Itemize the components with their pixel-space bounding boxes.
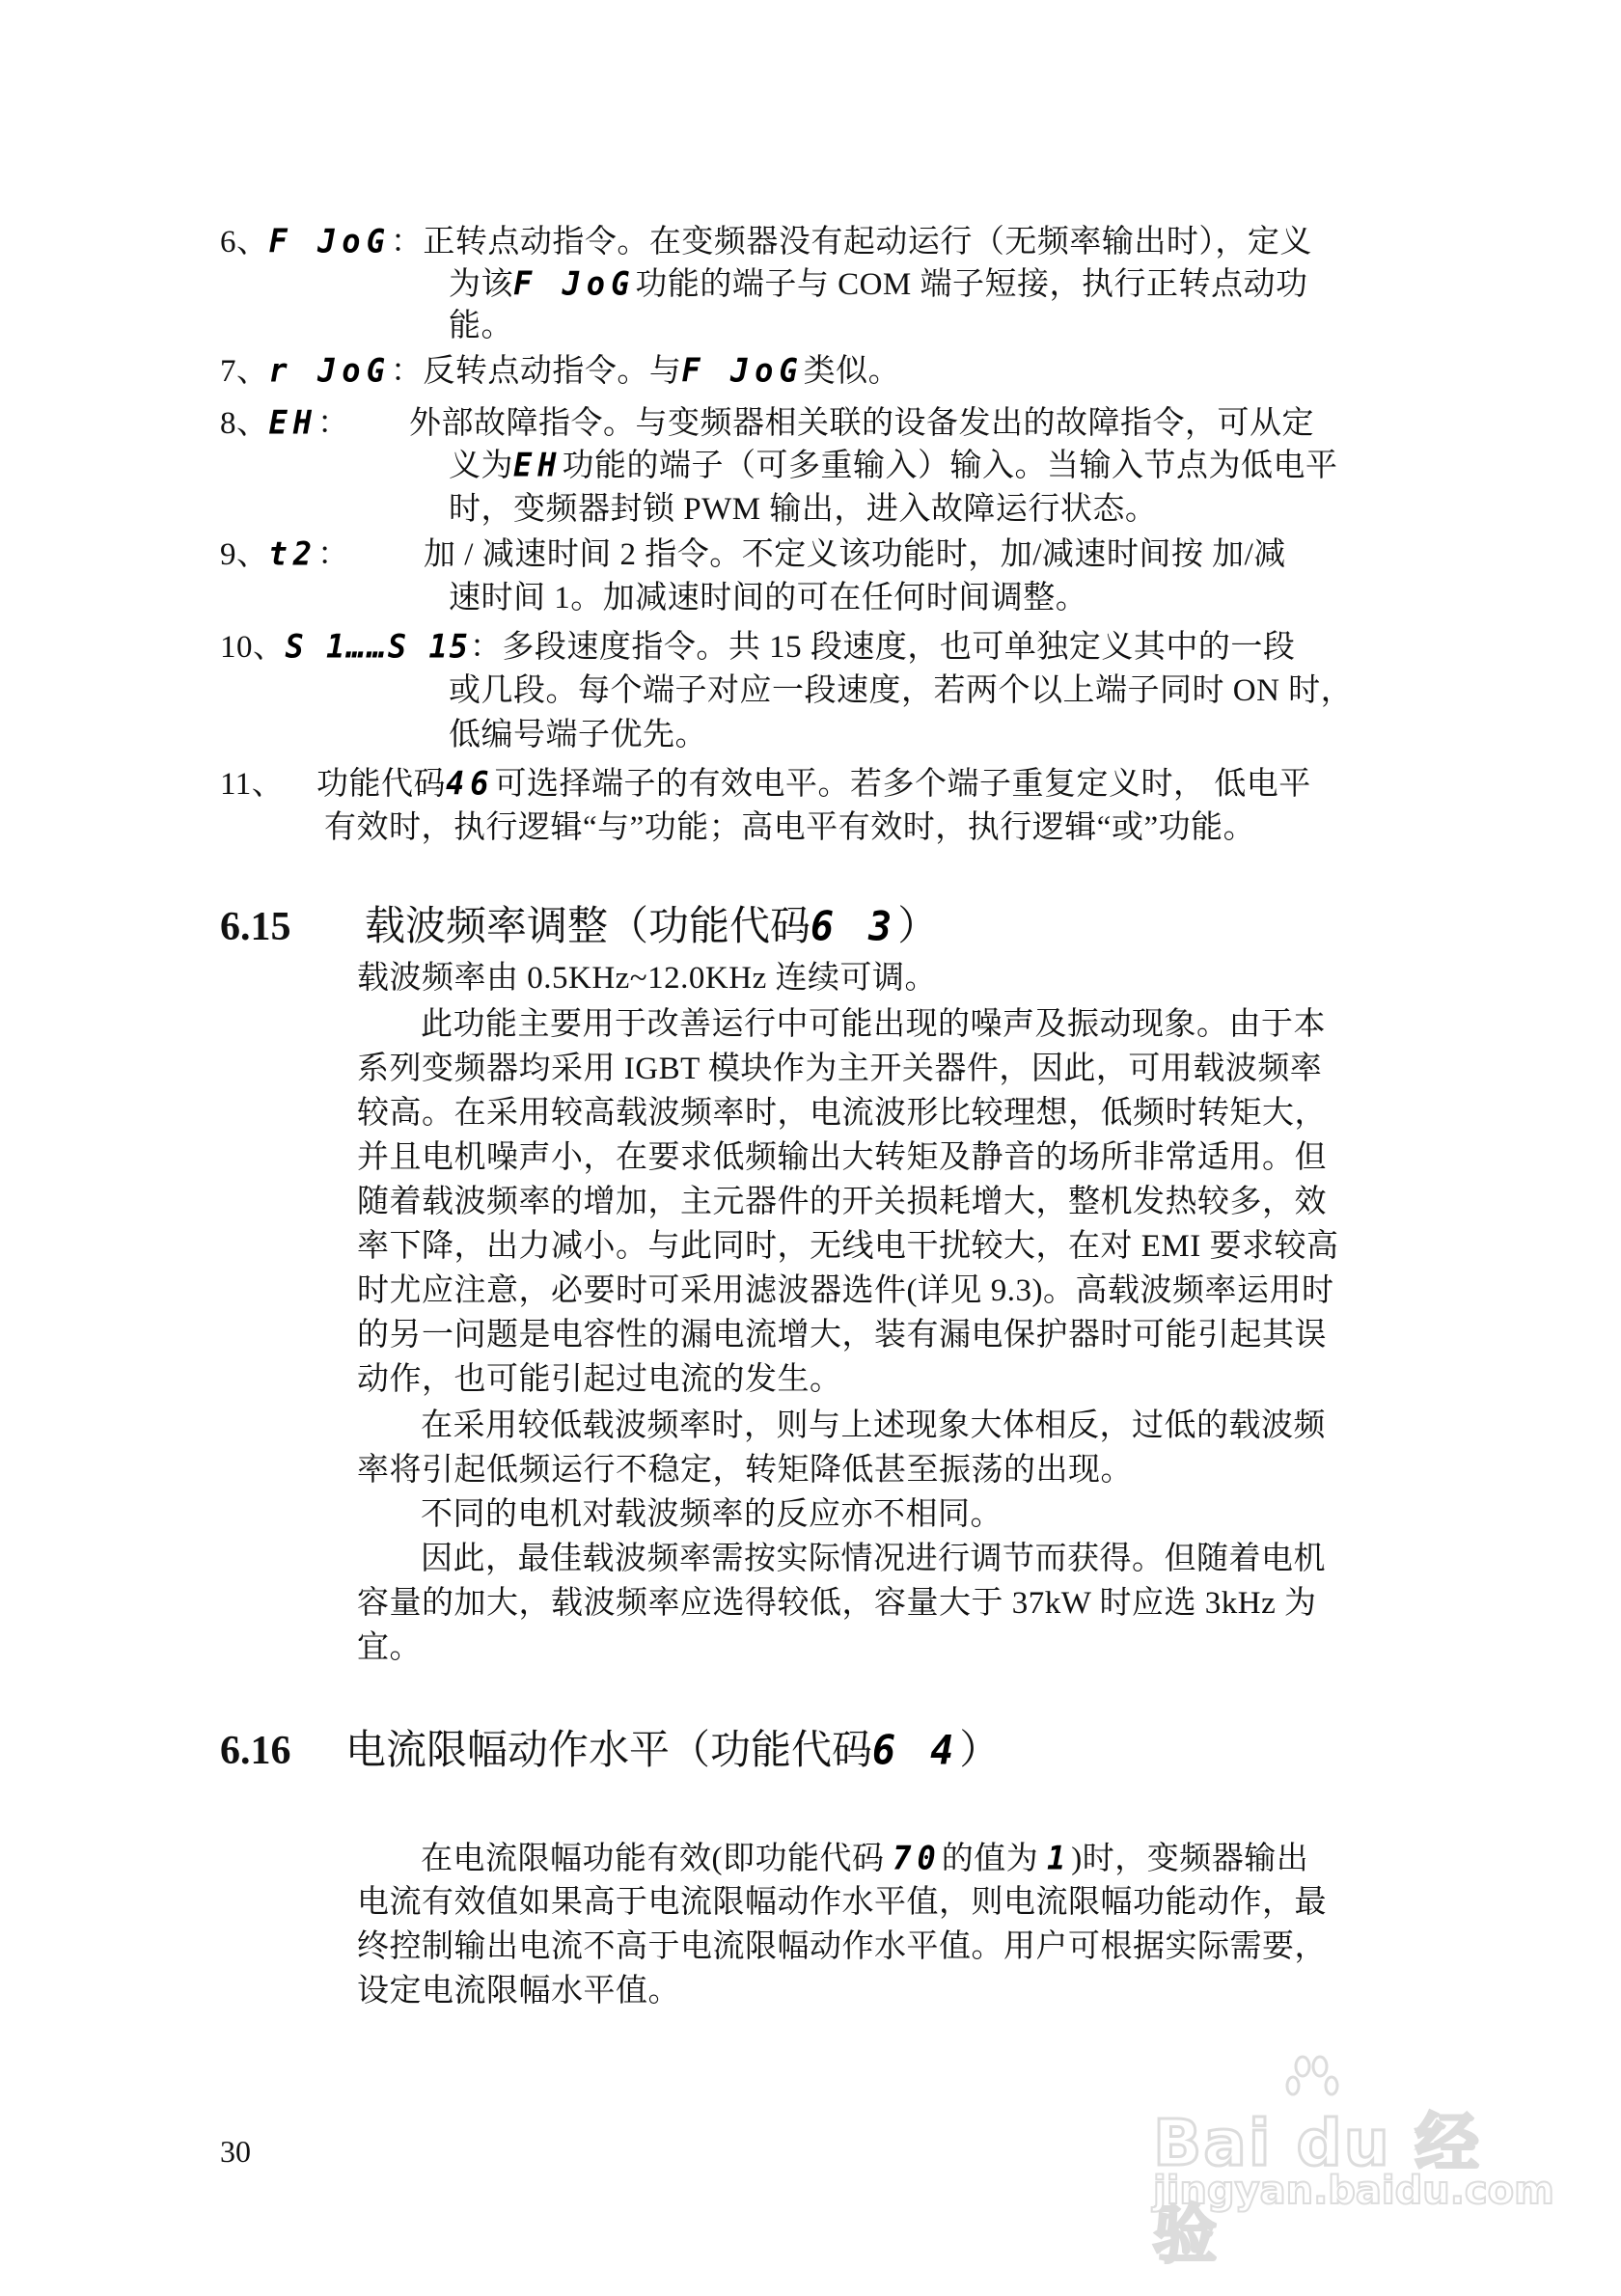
p616-line-3: 终控制输出电流不高于电流限幅动作水平值。用户可根据实际需要， <box>357 1926 1327 1968</box>
p616-line-1: 在电流限幅功能有效(即功能代码 70的值为 1)时，变频器输出 <box>421 1837 1308 1880</box>
item-6-line-3: 能。 <box>449 305 513 347</box>
item-text: 多段速度指令。共 15 段速度，也可单独定义其中的一段 <box>502 630 1295 665</box>
separator: ： <box>317 402 409 445</box>
function-code-display: 70 <box>893 1836 942 1880</box>
paragraph-text: )时，变频器输出 <box>1071 1842 1308 1876</box>
function-code-display: F JoG <box>681 348 803 393</box>
paragraph-text: 设定电流限幅水平值。 <box>357 1974 680 2009</box>
separator: ： <box>391 354 424 389</box>
function-code-display: 6 3 <box>810 900 897 955</box>
paragraph-text: 较高。在采用较高载波频率时，电流波形比较理想，低频时转矩大， <box>357 1096 1327 1131</box>
section-title-end: ） <box>897 905 938 949</box>
paragraph-text: 终控制输出电流不高于电流限幅动作水平值。用户可根据实际需要， <box>357 1929 1327 1964</box>
p1-line-1: 此功能主要用于改善运行中可能出现的噪声及振动现象。由于本 <box>421 1003 1326 1046</box>
p2-line-2: 率将引起低频运行不稳定，转矩降低甚至振荡的出现。 <box>357 1449 1133 1491</box>
item-7-line-1: 7、r JoG：反转点动指令。与F JoG类似。 <box>220 349 900 393</box>
item-text: 正转点动指令。在变频器没有起动运行（无频率输出时），定义 <box>423 225 1312 260</box>
item-text: 能。 <box>449 309 513 343</box>
item-6-line-1: 6、F JoG：正转点动指令。在变频器没有起动运行（无频率输出时），定义 <box>220 220 1312 263</box>
item-text: 为该 <box>449 267 513 302</box>
paragraph-text: 不同的电机对载波频率的反应亦不相同。 <box>421 1497 1003 1532</box>
paragraph-text: 在采用较低载波频率时，则与上述现象大体相反，过低的载波频 <box>421 1408 1326 1443</box>
range-line: 载波频率由 0.5KHz~12.0KHz 连续可调。 <box>357 957 937 999</box>
page-number: 30 <box>220 2134 251 2170</box>
item-8-line-3: 时，变频器封锁 PWM 输出，进入故障运行状态。 <box>449 488 1157 531</box>
section-number: 6.16 <box>220 1725 345 1777</box>
item-text: 或几段。每个端子对应一段速度，若两个以上端子同时 ON 时， <box>449 673 1353 708</box>
p1-line-2: 系列变频器均采用 IGBT 模块作为主开关器件，因此，可用载波频率 <box>357 1048 1322 1090</box>
item-8-line-1: 8、EH ：外部故障指令。与变频器相关联的设备发出的故障指令，可从定 <box>220 401 1314 445</box>
section-title: 电流限幅动作水平（功能代码 <box>345 1729 872 1773</box>
item-text: 速时间 1。加减速时间的可在任何时间调整。 <box>449 581 1087 615</box>
item-number: 7、 <box>220 354 269 389</box>
p1-line-7: 时尤应注意，必要时可采用滤波器选件(详见 9.3)。高载波频率运用时 <box>357 1270 1333 1312</box>
item-text: 时，变频器封锁 PWM 输出，进入故障运行状态。 <box>449 492 1157 527</box>
item-text: 低编号端子优先。 <box>449 718 707 752</box>
item-10-line-3: 低编号端子优先。 <box>449 714 707 756</box>
item-number: 6、 <box>220 225 269 260</box>
p2-line-1: 在采用较低载波频率时，则与上述现象大体相反，过低的载波频 <box>421 1405 1326 1447</box>
paragraph-text: 率将引起低频运行不稳定，转矩降低甚至振荡的出现。 <box>357 1453 1133 1488</box>
paragraph-text: 的另一问题是电容性的漏电流增大，装有漏电保护器时可能引起其误 <box>357 1318 1327 1353</box>
paragraph-text: 系列变频器均采用 IGBT 模块作为主开关器件，因此，可用载波频率 <box>357 1052 1322 1086</box>
function-code-display: F JoG <box>513 261 635 306</box>
function-code-display: F JoG <box>269 219 391 263</box>
paragraph-text: 宜。 <box>357 1630 422 1665</box>
p1-line-8: 的另一问题是电容性的漏电流增大，装有漏电保护器时可能引起其误 <box>357 1314 1327 1356</box>
p4-line-1: 因此，最佳载波频率需按实际情况进行调节而获得。但随着电机 <box>421 1538 1326 1580</box>
paragraph-text: 在电流限幅功能有效(即功能代码 <box>421 1842 893 1876</box>
item-8-line-2: 义为EH功能的端子（可多重输入）输入。当输入节点为低电平 <box>449 444 1338 487</box>
separator: ： <box>470 630 503 665</box>
p1-line-4: 并且电机噪声小，在要求低频输出大转矩及静音的场所非常适用。但 <box>357 1136 1327 1179</box>
section-heading-6-15: 6.15载波频率调整（功能代码6 3） <box>220 901 938 953</box>
item-9-line-2: 速时间 1。加减速时间的可在任何时间调整。 <box>449 577 1087 619</box>
value-display: 1 <box>1047 1836 1071 1880</box>
item-11-line-2: 有效时，执行逻辑“与”功能；高电平有效时，执行逻辑“或”功能。 <box>324 806 1255 849</box>
section-title-end: ） <box>959 1729 1000 1773</box>
section-heading-6-16: 6.16电流限幅动作水平（功能代码6 4） <box>220 1725 1000 1777</box>
function-code-display: EH <box>513 443 563 487</box>
function-code-display: 46 <box>446 761 495 806</box>
p3-line-1: 不同的电机对载波频率的反应亦不相同。 <box>421 1493 1003 1536</box>
item-number: 8、 <box>220 406 269 441</box>
function-code-display: S 1……S 15 <box>286 624 470 669</box>
p1-line-6: 率下降，出力减小。与此同时，无线电干扰较大，在对 EMI 要求较高 <box>357 1225 1339 1268</box>
item-text: 外部故障指令。与变频器相关联的设备发出的故障指令，可从定 <box>409 406 1314 441</box>
paragraph-text: 率下降，出力减小。与此同时，无线电干扰较大，在对 EMI 要求较高 <box>357 1229 1339 1264</box>
item-text: 有效时，执行逻辑“与”功能；高电平有效时，执行逻辑“或”功能。 <box>324 810 1255 845</box>
item-text: 义为 <box>449 449 513 483</box>
section-number: 6.15 <box>220 901 365 953</box>
separator: ： <box>391 225 424 260</box>
watermark-url: jingyan.baidu.com <box>1153 2169 1554 2213</box>
item-text: 功能的端子（可多重输入）输入。当输入节点为低电平 <box>563 449 1338 483</box>
p4-line-2: 容量的加大，载波频率应选得较低，容量大于 37kW 时应选 3kHz 为 <box>357 1582 1317 1625</box>
paragraph-text: 电流有效值如果高于电流限幅动作水平值，则电流限幅功能动作，最 <box>357 1885 1327 1920</box>
item-6-line-2: 为该F JoG功能的端子与 COM 端子短接，执行正转点动功 <box>449 262 1308 306</box>
item-text: 功能代码 <box>316 767 446 802</box>
function-code-display: EH <box>269 400 318 445</box>
separator: ： <box>317 533 424 576</box>
item-number: 10、 <box>220 630 286 665</box>
item-text: 类似。 <box>804 354 901 389</box>
paragraph-text: 的值为 <box>942 1842 1047 1876</box>
paragraph-text: 因此，最佳载波频率需按实际情况进行调节而获得。但随着电机 <box>421 1542 1326 1576</box>
paragraph-text: 此功能主要用于改善运行中可能出现的噪声及振动现象。由于本 <box>421 1007 1326 1042</box>
p4-line-3: 宜。 <box>357 1626 422 1669</box>
paragraph-text: 载波频率由 0.5KHz~12.0KHz 连续可调。 <box>357 961 937 996</box>
paragraph-text: 容量的加大，载波频率应选得较低，容量大于 37kW 时应选 3kHz 为 <box>357 1586 1317 1621</box>
p616-line-2: 电流有效值如果高于电流限幅动作水平值，则电流限幅功能动作，最 <box>357 1881 1327 1924</box>
item-text: 可选择端子的有效电平。若多个端子重复定义时， 低电平 <box>495 767 1311 802</box>
item-10-line-2: 或几段。每个端子对应一段速度，若两个以上端子同时 ON 时， <box>449 670 1353 712</box>
item-9-line-1: 9、t2：加 / 减速时间 2 指令。不定义该功能时，加/减速时间按 加/减 <box>220 533 1286 576</box>
p1-line-5: 随着载波频率的增加，主元器件的开关损耗增大，整机发热较多，效 <box>357 1181 1327 1223</box>
item-number: 9、 <box>220 537 269 572</box>
paragraph-text: 动作，也可能引起过电流的发生。 <box>357 1362 842 1397</box>
item-text: 功能的端子与 COM 端子短接，执行正转点动功 <box>635 267 1307 302</box>
function-code-display: t2 <box>269 532 318 576</box>
item-10-line-1: 10、S 1……S 15：多段速度指令。共 15 段速度，也可单独定义其中的一段 <box>220 625 1295 669</box>
item-number: 11、 <box>220 763 316 806</box>
p616-line-4: 设定电流限幅水平值。 <box>357 1970 680 2012</box>
p1-line-3: 较高。在采用较高载波频率时，电流波形比较理想，低频时转矩大， <box>357 1092 1327 1134</box>
paragraph-text: 并且电机噪声小，在要求低频输出大转矩及静音的场所非常适用。但 <box>357 1140 1327 1175</box>
section-title: 载波频率调整（功能代码 <box>365 905 810 949</box>
item-text: 反转点动指令。与 <box>423 354 681 389</box>
function-code-display: 6 4 <box>872 1724 959 1779</box>
item-11-line-1: 11、功能代码46可选择端子的有效电平。若多个端子重复定义时， 低电平 <box>220 762 1311 806</box>
p1-line-9: 动作，也可能引起过电流的发生。 <box>357 1358 842 1401</box>
baidu-watermark: Bai du 经验 jingyan.baidu.com <box>1153 2053 1539 2246</box>
paragraph-text: 随着载波频率的增加，主元器件的开关损耗增大，整机发热较多，效 <box>357 1185 1327 1219</box>
paragraph-text: 时尤应注意，必要时可采用滤波器选件(详见 9.3)。高载波频率运用时 <box>357 1273 1333 1308</box>
function-code-display: r JoG <box>269 348 391 393</box>
item-text: 加 / 减速时间 2 指令。不定义该功能时，加/减速时间按 加/减 <box>424 537 1286 572</box>
